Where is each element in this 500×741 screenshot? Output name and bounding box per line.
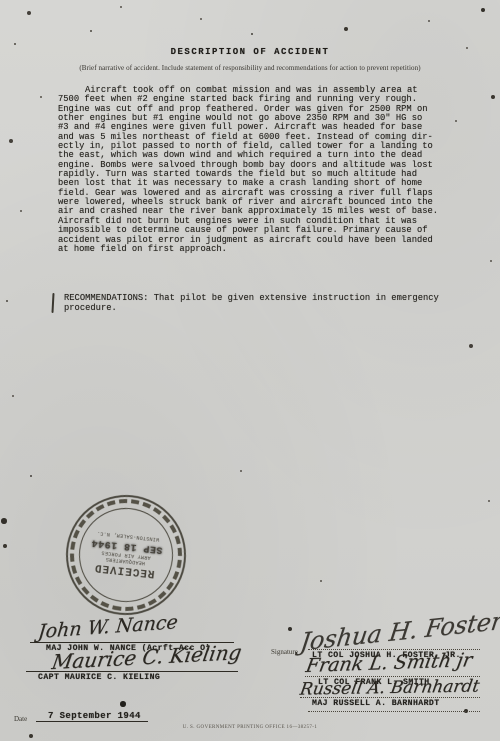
accident-narrative: Aircraft took off on combat mission and …: [58, 86, 450, 254]
date-label: Date: [14, 715, 27, 723]
typed-name-barnhardt: MAJ RUSSELL A. BARNHARDT: [312, 699, 440, 708]
bottom-right-dotted-line: [308, 711, 480, 712]
signature-label: Signature: [271, 648, 298, 656]
signature-script-nance: John W. Nance: [37, 611, 179, 643]
scan-noise-speckles: [0, 0, 2, 2]
signature-line-barnhardt: [300, 697, 480, 698]
received-date-stamp: RECEIVED HEADQUARTERS ARMY AIR FORCES SE…: [60, 489, 192, 621]
recommendations-paragraph: RECOMMENDATIONS: That pilot be given ext…: [64, 293, 464, 313]
margin-pen-mark: [51, 293, 54, 313]
signature-script-smith: Frank L. Smith jr: [304, 649, 474, 677]
printing-office-footnote: U. S. GOVERNMENT PRINTING OFFICE 16—3825…: [0, 725, 500, 730]
page-subtitle: (Brief narrative of accident. Include st…: [0, 64, 500, 72]
accident-report-page: DESCRIPTION OF ACCIDENT (Brief narrative…: [0, 0, 500, 741]
date-underline: [36, 721, 148, 722]
date-value: 7 September 1944: [48, 711, 141, 721]
page-title: DESCRIPTION OF ACCIDENT: [0, 47, 500, 57]
typed-name-kieling: CAPT MAURICE C. KIELING: [38, 673, 160, 682]
signature-line-kieling: [26, 671, 238, 672]
